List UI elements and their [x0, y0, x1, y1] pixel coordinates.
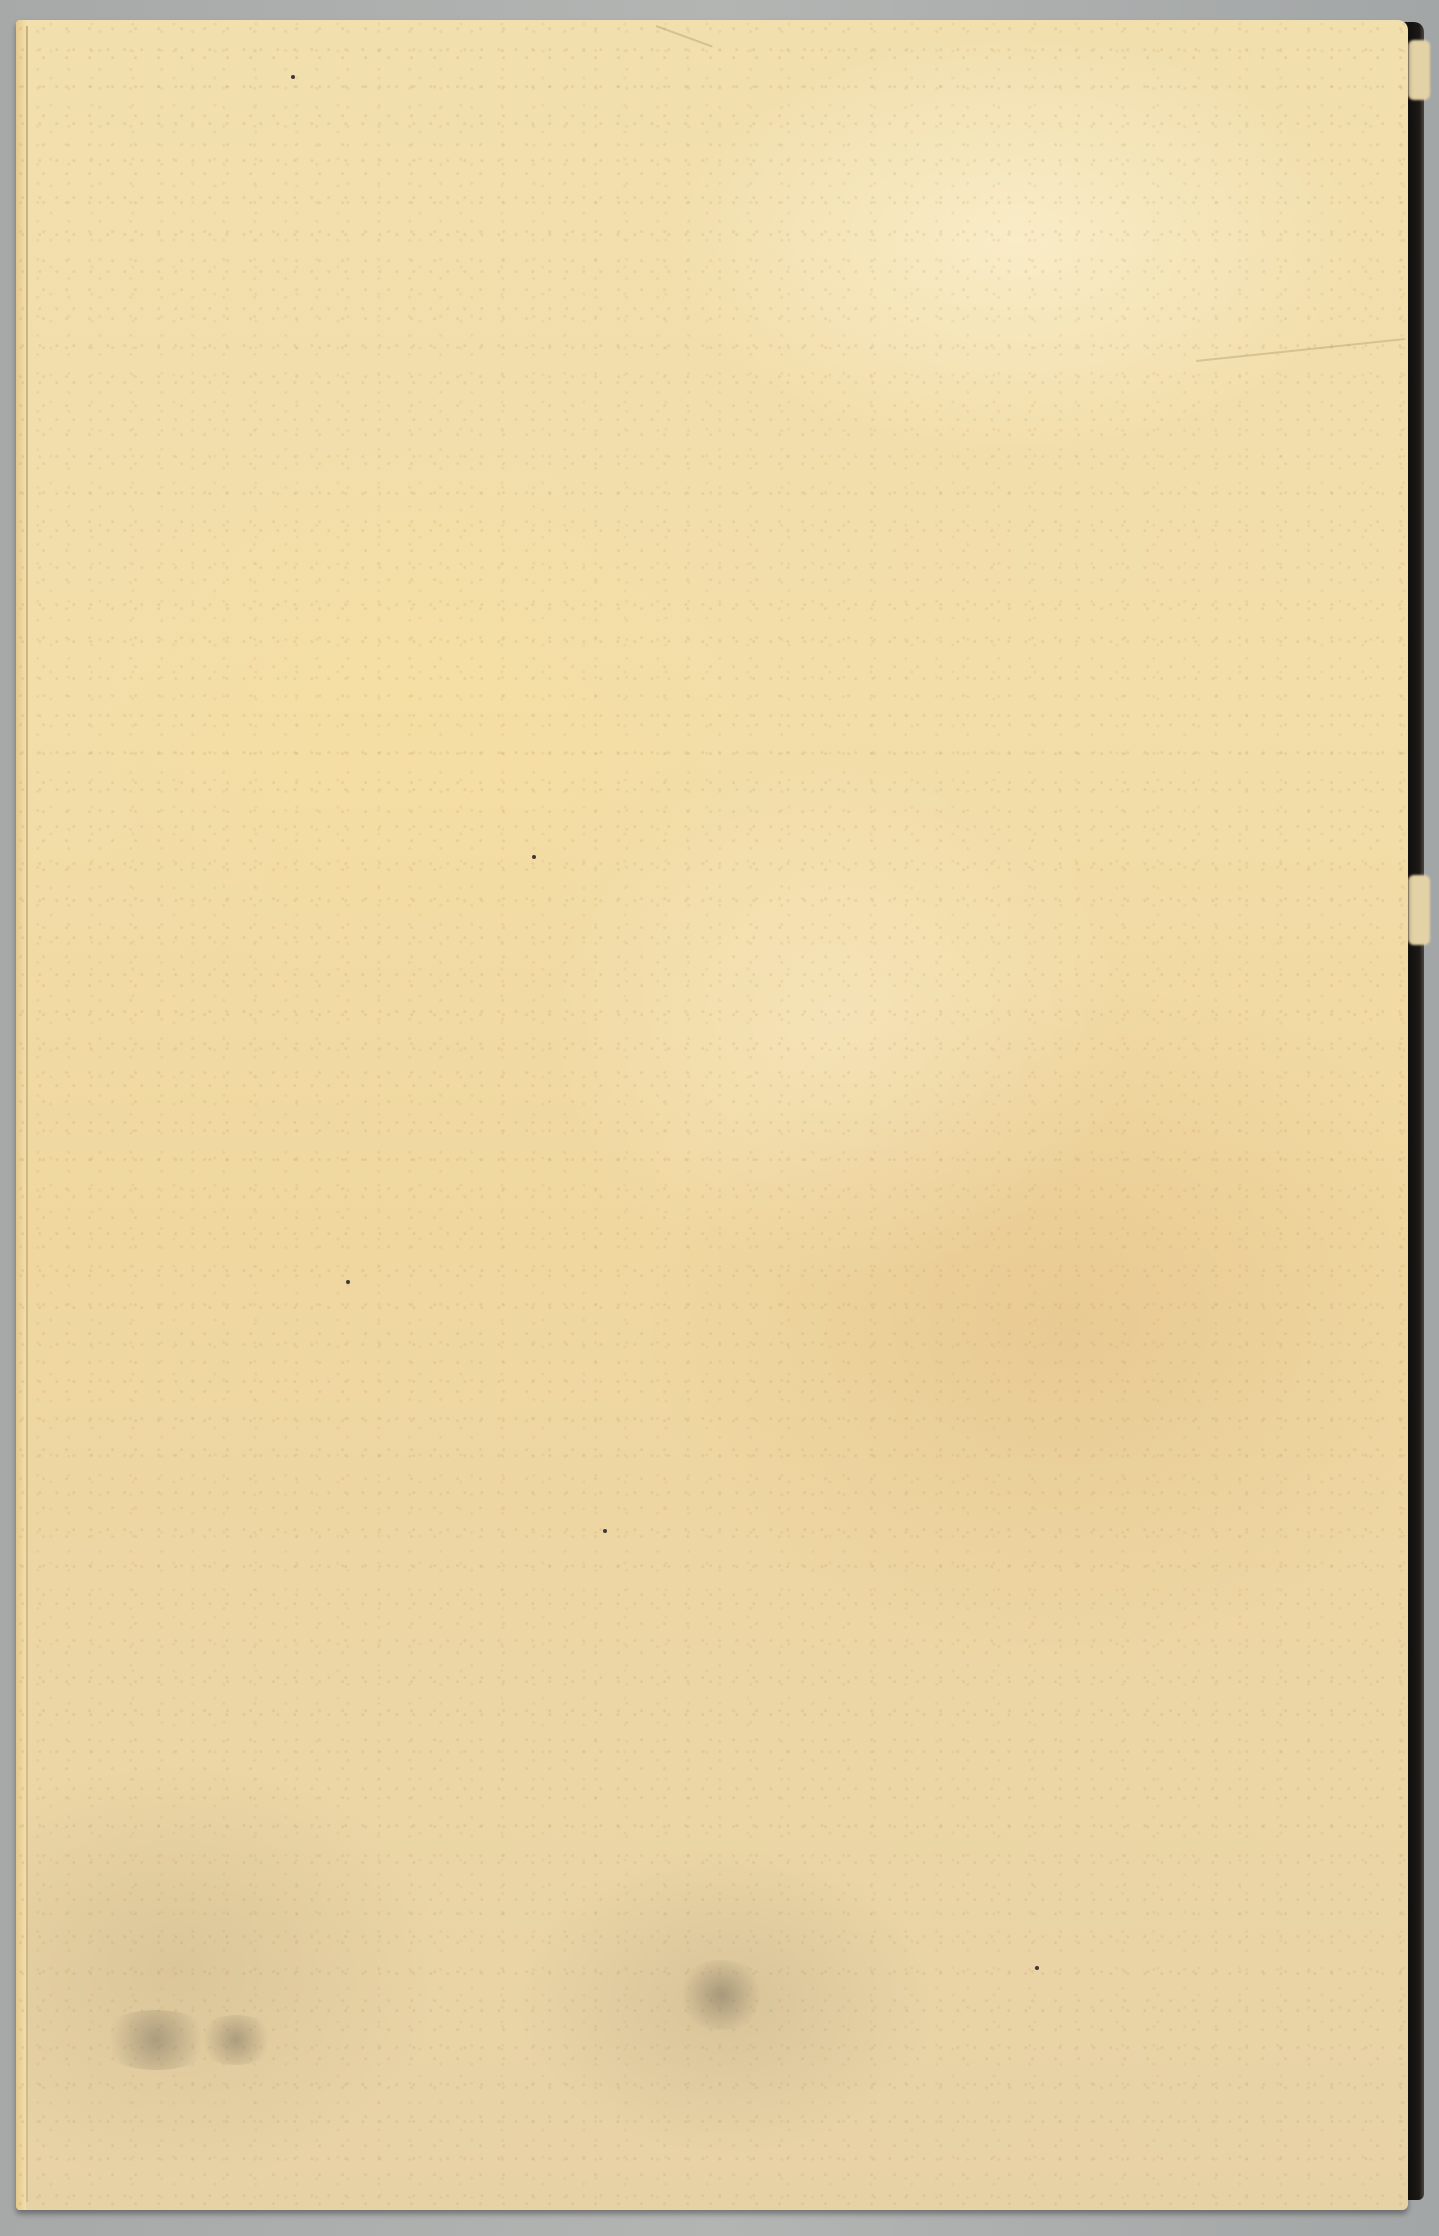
paper-texture	[16, 20, 1408, 2210]
specks	[532, 855, 536, 859]
photo-scene	[0, 0, 1439, 2236]
specks	[346, 1280, 350, 1284]
specks	[291, 75, 295, 79]
spine-fray-top	[1408, 40, 1430, 100]
spine-fray-middle	[1408, 875, 1430, 945]
stain-smudge	[676, 1960, 766, 2030]
specks	[603, 1529, 607, 1533]
stain-smudge	[196, 2015, 276, 2065]
specks	[1035, 1966, 1039, 1970]
book-cover	[16, 20, 1408, 2210]
